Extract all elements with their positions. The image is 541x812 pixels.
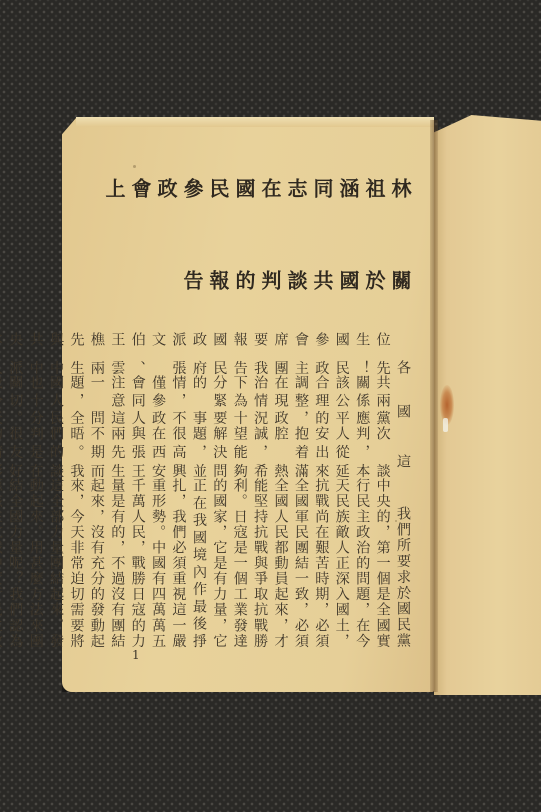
page-top-edge bbox=[76, 117, 434, 127]
paragraph-2: 國共兩黨關係應該公平合理的調整，在現政治情況下為十分緊要的事情，不僅參政會同人注… bbox=[0, 375, 413, 425]
page-number: 1 bbox=[132, 648, 140, 662]
scanned-book-spread: 林祖涵同志在國民參政會上 關於國共談判的報告 各位先生！國民參政會主席團要我報告… bbox=[0, 0, 541, 812]
vertical-text-block: 林祖涵同志在國民參政會上 關於國共談判的報告 各位先生！國民參政會主席團要我報告… bbox=[0, 148, 413, 648]
title-line-1: 林祖涵同志在國民參政會上 bbox=[0, 148, 413, 200]
paragraph-4: 我們所要求於國民黨中央的，第一個是全國實行民主政治的問題，在今天民族敵人正深入國… bbox=[0, 478, 413, 648]
paragraph-3: 這次談判，本人從延安出來抱着滿腔熱誠，希望能夠解決問題，並很高興在西安與張王兩先… bbox=[0, 426, 413, 478]
title-line-2: 關於國共談判的報告 bbox=[0, 200, 413, 292]
book-gutter bbox=[430, 120, 438, 692]
paragraph-1: 各位先生！國民參政會主席團要我報告國民政府派張文伯、王雲樵兩先生與中共中央派本人… bbox=[0, 332, 413, 375]
staple-icon bbox=[443, 418, 448, 432]
